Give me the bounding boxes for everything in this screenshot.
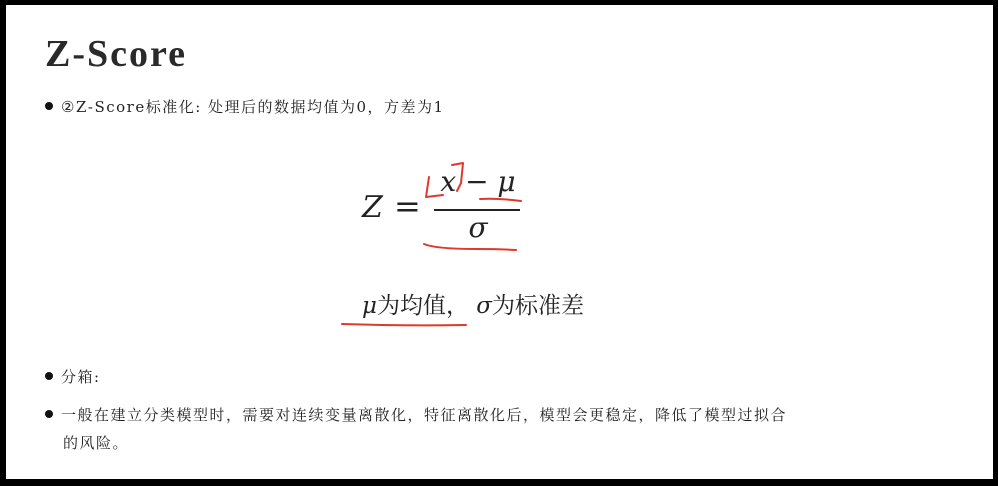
formula-lhs: Z — [362, 190, 383, 225]
bullet-dot-icon — [45, 410, 53, 418]
formula-denominator: σ — [436, 211, 520, 244]
bullet-text-line2: 的风险。 — [45, 429, 975, 457]
bullet-zscore: ②Z-Score标准化: 处理后的数据均值为0，方差为1 — [45, 93, 445, 121]
bullet-dot-icon — [45, 372, 53, 380]
slide: Z-Score ②Z-Score标准化: 处理后的数据均值为0，方差为1 Z =… — [6, 5, 993, 479]
bullet-binning: 分箱: — [45, 363, 101, 391]
bullet-text-line1: 一般在建立分类模型时，需要对连续变量离散化，特征离散化后，模型会更稳定，降低了模… — [61, 406, 787, 424]
formula-numerator: x − μ — [436, 165, 520, 198]
bullet-dot-icon — [45, 102, 53, 110]
mu-legend-underline-annotation — [342, 324, 466, 325]
formula-legend: μ为均值， σ为标准差 — [362, 287, 584, 320]
bullet-discretization: 一般在建立分类模型时，需要对连续变量离散化，特征离散化后，模型会更稳定，降低了模… — [45, 401, 975, 457]
sigma-text: 为标准差 — [492, 293, 584, 319]
slide-title: Z-Score — [45, 32, 187, 76]
sigma-underline-annotation — [424, 244, 516, 250]
mu-text: 为均值， — [377, 293, 469, 319]
mu-underline-annotation — [480, 199, 521, 201]
mu-symbol: μ — [362, 293, 377, 319]
formula-equals: = — [394, 187, 421, 225]
sigma-symbol: σ — [476, 293, 492, 319]
bullet-text: 分箱: — [61, 368, 101, 386]
bullet-text: ②Z-Score标准化: 处理后的数据均值为0，方差为1 — [61, 98, 445, 116]
